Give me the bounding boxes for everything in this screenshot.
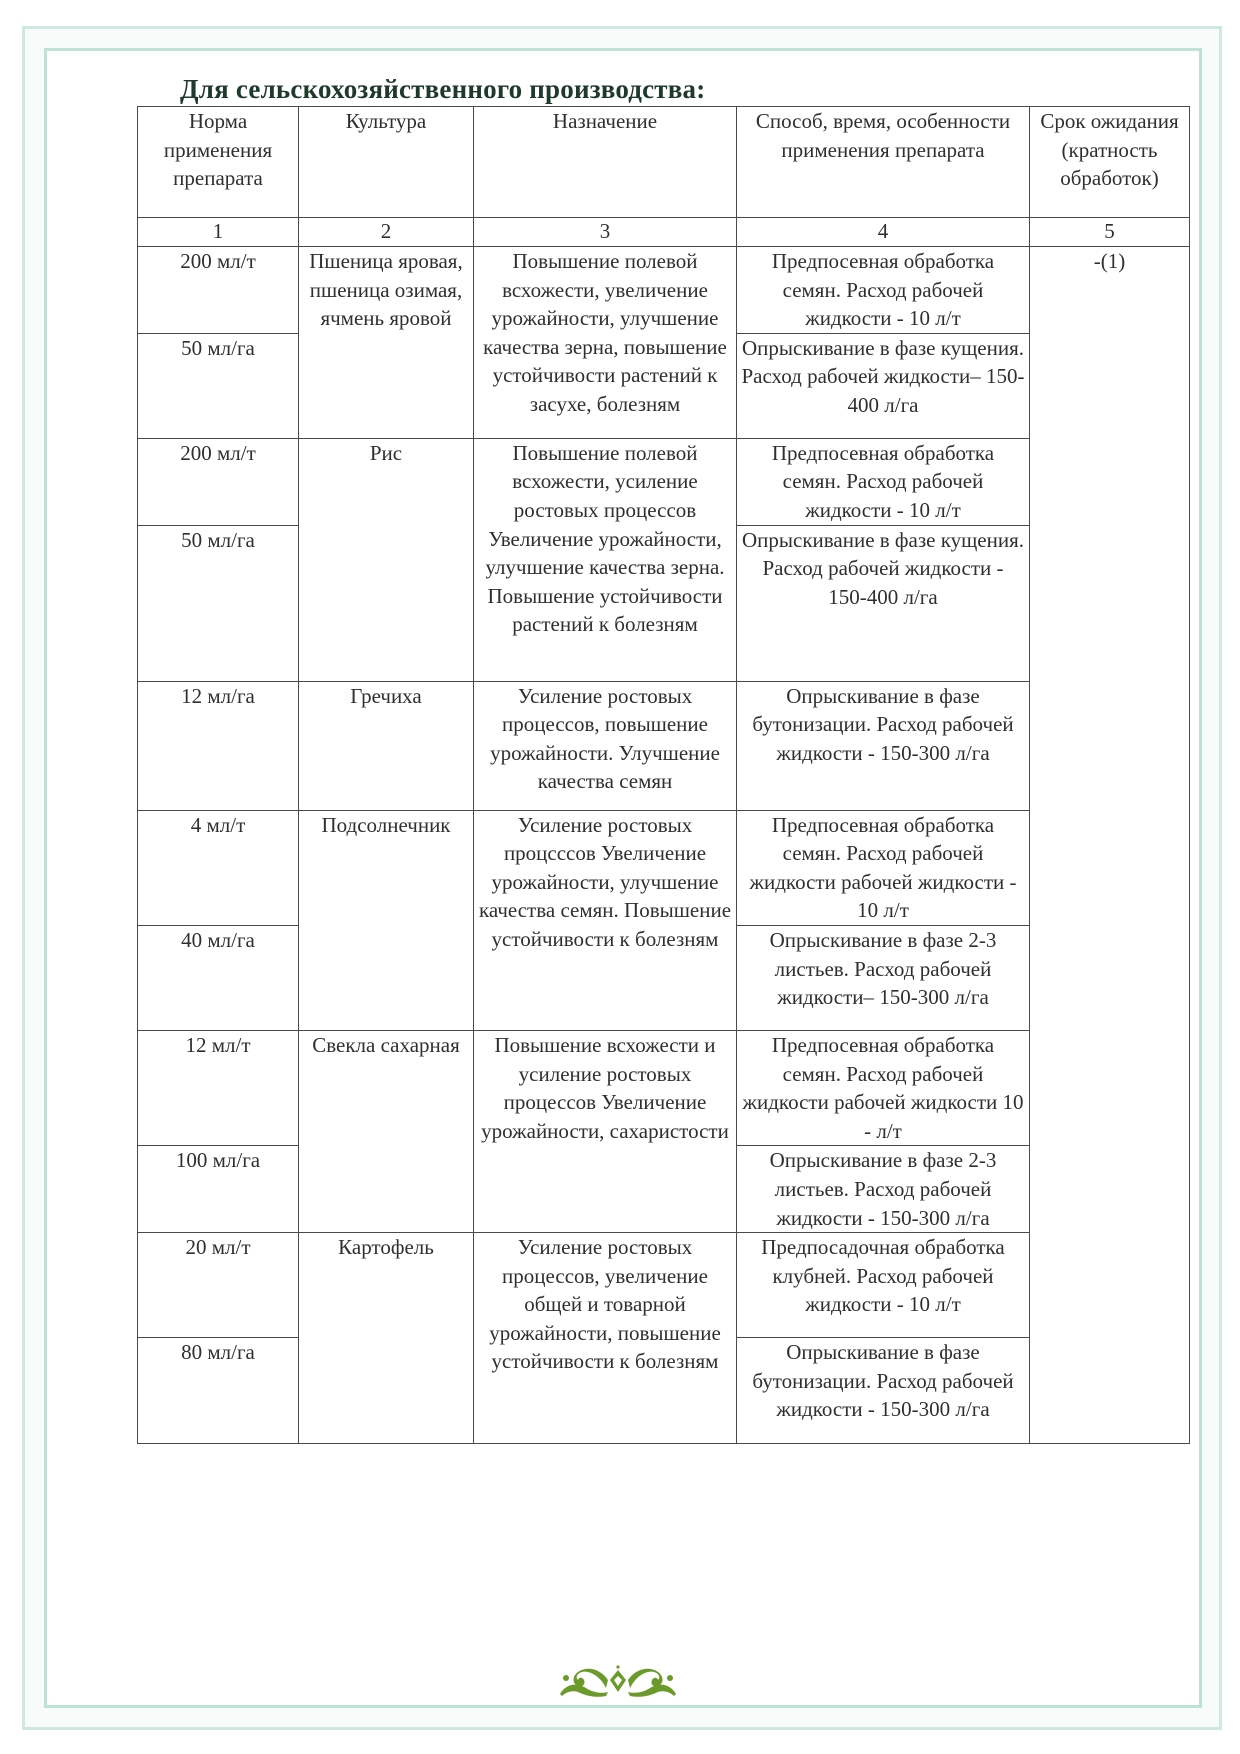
purpose-cell: Усиление ростовых процессов, увеличение … <box>474 1233 737 1444</box>
method-cell: Опрыскивание в фазе бутонизации. Расход … <box>737 1338 1030 1444</box>
rate-cell: 100 мл/га <box>138 1146 299 1233</box>
method-cell: Предпосевная обработка семян. Расход раб… <box>737 438 1030 525</box>
culture-cell: Свекла сахарная <box>299 1030 474 1232</box>
rate-cell: 200 мл/т <box>138 247 299 334</box>
purpose-cell: Усиление ростовых процсссов Увеличение у… <box>474 810 737 1030</box>
ornament-icon <box>556 1664 680 1698</box>
waiting-period-cell: -(1) <box>1030 247 1190 1444</box>
rate-cell: 200 мл/т <box>138 438 299 525</box>
column-number: 5 <box>1030 218 1190 247</box>
method-cell: Опрыскивание в фазе кущения. Расход рабо… <box>737 525 1030 681</box>
header-rate: Норма применения препарата <box>138 107 299 218</box>
method-cell: Опрыскивание в фазе кущения. Расход рабо… <box>737 333 1030 438</box>
rate-cell: 50 мл/га <box>138 525 299 681</box>
purpose-cell: Повышение всхожести и усиление ростовых … <box>474 1030 737 1232</box>
section-title: Для сельскохозяйственного производства: <box>180 74 705 105</box>
culture-cell: Картофель <box>299 1233 474 1444</box>
column-number-row: 1 2 3 4 5 <box>138 218 1190 247</box>
rate-cell: 50 мл/га <box>138 333 299 438</box>
column-number: 3 <box>474 218 737 247</box>
header-culture: Культура <box>299 107 474 218</box>
header-purpose: Назначение <box>474 107 737 218</box>
method-cell: Предпосевная обработка семян. Расход раб… <box>737 247 1030 334</box>
rate-cell: 40 мл/га <box>138 925 299 1030</box>
rate-cell: 80 мл/га <box>138 1338 299 1444</box>
purpose-cell: Повышение полевой всхожести, увеличение … <box>474 247 737 439</box>
method-cell: Предпосевная обработка семян. Расход раб… <box>737 1030 1030 1145</box>
method-cell: Опрыскивание в фазе 2-3 листьев. Расход … <box>737 925 1030 1030</box>
rate-cell: 20 мл/т <box>138 1233 299 1338</box>
method-cell: Опрыскивание в фазе 2-3 листьев. Расход … <box>737 1146 1030 1233</box>
column-number: 2 <box>299 218 474 247</box>
culture-cell: Гречиха <box>299 681 474 810</box>
method-cell: Опрыскивание в фазе бутонизации. Расход … <box>737 681 1030 810</box>
application-table: Норма применения препарата Культура Назн… <box>137 106 1190 1444</box>
column-number: 4 <box>737 218 1030 247</box>
table-row: 200 мл/тПшеница яровая, пшеница озимая, … <box>138 247 1190 334</box>
rate-cell: 12 мл/га <box>138 681 299 810</box>
rate-cell: 12 мл/т <box>138 1030 299 1145</box>
column-number: 1 <box>138 218 299 247</box>
culture-cell: Пшеница яровая, пшеница озимая, ячмень я… <box>299 247 474 439</box>
purpose-cell: Усиление ростовых процессов, повышение у… <box>474 681 737 810</box>
purpose-cell: Повышение полевой всхожести, усиление ро… <box>474 438 737 681</box>
method-cell: Предпосевная обработка семян. Расход раб… <box>737 810 1030 925</box>
culture-cell: Рис <box>299 438 474 681</box>
header-method: Способ, время, особенности применения пр… <box>737 107 1030 218</box>
rate-cell: 4 мл/т <box>138 810 299 925</box>
method-cell: Предпосадочная обработка клубней. Расход… <box>737 1233 1030 1338</box>
header-row: Норма применения препарата Культура Назн… <box>138 107 1190 218</box>
header-waiting-period: Срок ожидания (кратность обработок) <box>1030 107 1190 218</box>
culture-cell: Подсолнечник <box>299 810 474 1030</box>
